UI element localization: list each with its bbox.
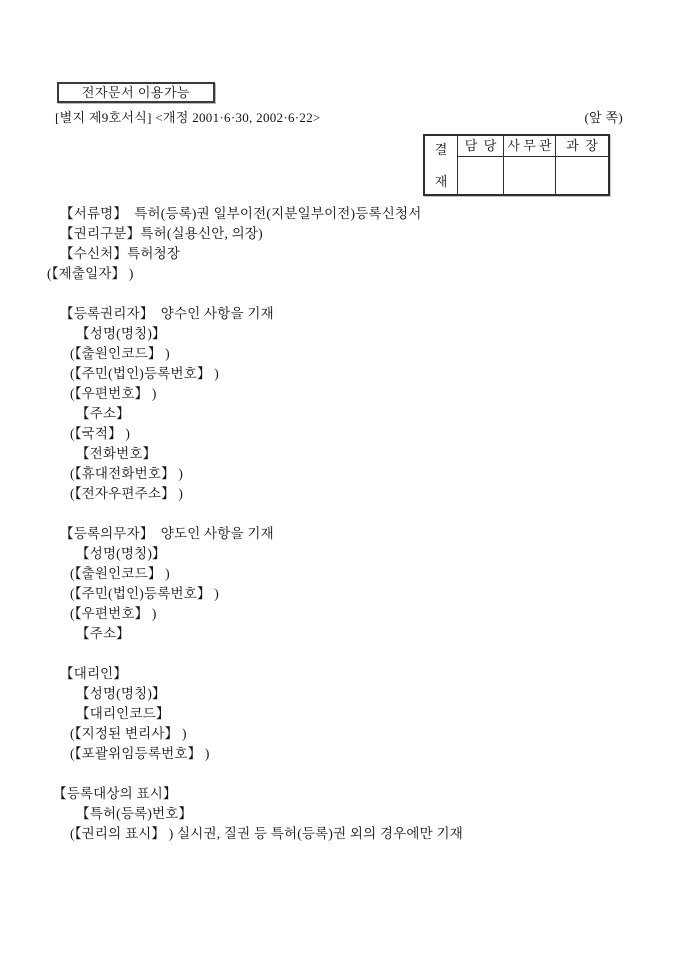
form-line: (【우편번호】 ) <box>0 604 680 624</box>
approval-title-top: 결 <box>435 139 448 158</box>
form-line: 【전화번호】 <box>0 444 680 464</box>
form-reference-row: [별지 제9호서식] <개정 2001·6·30, 2002·6·22> (앞 … <box>55 107 623 126</box>
form-line: 【대리인코드】 <box>0 704 680 724</box>
form-line: 【등록권리자】 양수인 사항을 기재 <box>0 304 680 324</box>
form-line: (【출원인코드】 ) <box>0 564 680 584</box>
form-line: 【수신처】특허청장 <box>0 244 680 264</box>
form-reference: [별지 제9호서식] <개정 2001·6·30, 2002·6·22> <box>55 107 321 126</box>
approval-column-header: 사 무 관 <box>504 136 555 157</box>
form-line: 【성명(명칭)】 <box>0 544 680 564</box>
approval-title-bottom: 재 <box>435 171 448 190</box>
form-line: 【대리인】 <box>0 664 680 684</box>
form-lines: 【서류명】 특허(등록)권 일부이전(지분일부이전)등록신청서【권리구분】특허(… <box>0 204 680 844</box>
form-line: 【권리구분】특허(실용신안, 의장) <box>0 224 680 244</box>
approval-column-header: 과 장 <box>556 136 608 157</box>
form-line: 【등록대상의 표시】 <box>0 784 680 804</box>
approval-column-damdang: 담 당 <box>458 136 503 194</box>
form-line: (【포괄위임등록번호】 ) <box>0 744 680 764</box>
form-line: 【주소】 <box>0 624 680 644</box>
form-line: 【서류명】 특허(등록)권 일부이전(지분일부이전)등록신청서 <box>0 204 680 224</box>
form-line: (【지정된 변리사】 ) <box>0 724 680 744</box>
approval-column-gwajang: 과 장 <box>556 136 608 194</box>
form-line: (【휴대전화번호】 ) <box>0 464 680 484</box>
form-line: (【주민(법인)등록번호】 ) <box>0 364 680 384</box>
form-line: (【전자우편주소】 ) <box>0 484 680 504</box>
form-line: 【성명(명칭)】 <box>0 684 680 704</box>
form-line: 【특허(등록)번호】 <box>0 804 680 824</box>
electronic-document-badge: 전자문서 이용가능 <box>57 82 215 103</box>
page-side-label: (앞 쪽) <box>584 107 623 126</box>
form-line: (【출원인코드】 ) <box>0 344 680 364</box>
form-line: (【우편번호】 ) <box>0 384 680 404</box>
approval-column-header: 담 당 <box>458 136 503 157</box>
form-line: 【성명(명칭)】 <box>0 324 680 344</box>
form-line: 【주소】 <box>0 404 680 424</box>
document-page: 전자문서 이용가능 [별지 제9호서식] <개정 2001·6·30, 2002… <box>0 0 680 962</box>
form-line: (【권리의 표시】 ) 실시권, 질권 등 특허(등록)권 외의 경우에만 기재 <box>0 824 680 844</box>
form-line: (【국적】 ) <box>0 424 680 444</box>
approval-signature-cell <box>458 157 503 194</box>
approval-column-samugwan: 사 무 관 <box>503 136 556 194</box>
approval-table: 결 재 담 당 사 무 관 과 장 <box>423 134 610 196</box>
approval-title-cell: 결 재 <box>425 136 458 194</box>
approval-signature-cell <box>504 157 555 194</box>
form-line: 【등록의무자】 양도인 사항을 기재 <box>0 524 680 544</box>
form-line: (【주민(법인)등록번호】 ) <box>0 584 680 604</box>
approval-signature-cell <box>556 157 608 194</box>
form-line: (【제출일자】 ) <box>0 264 680 284</box>
